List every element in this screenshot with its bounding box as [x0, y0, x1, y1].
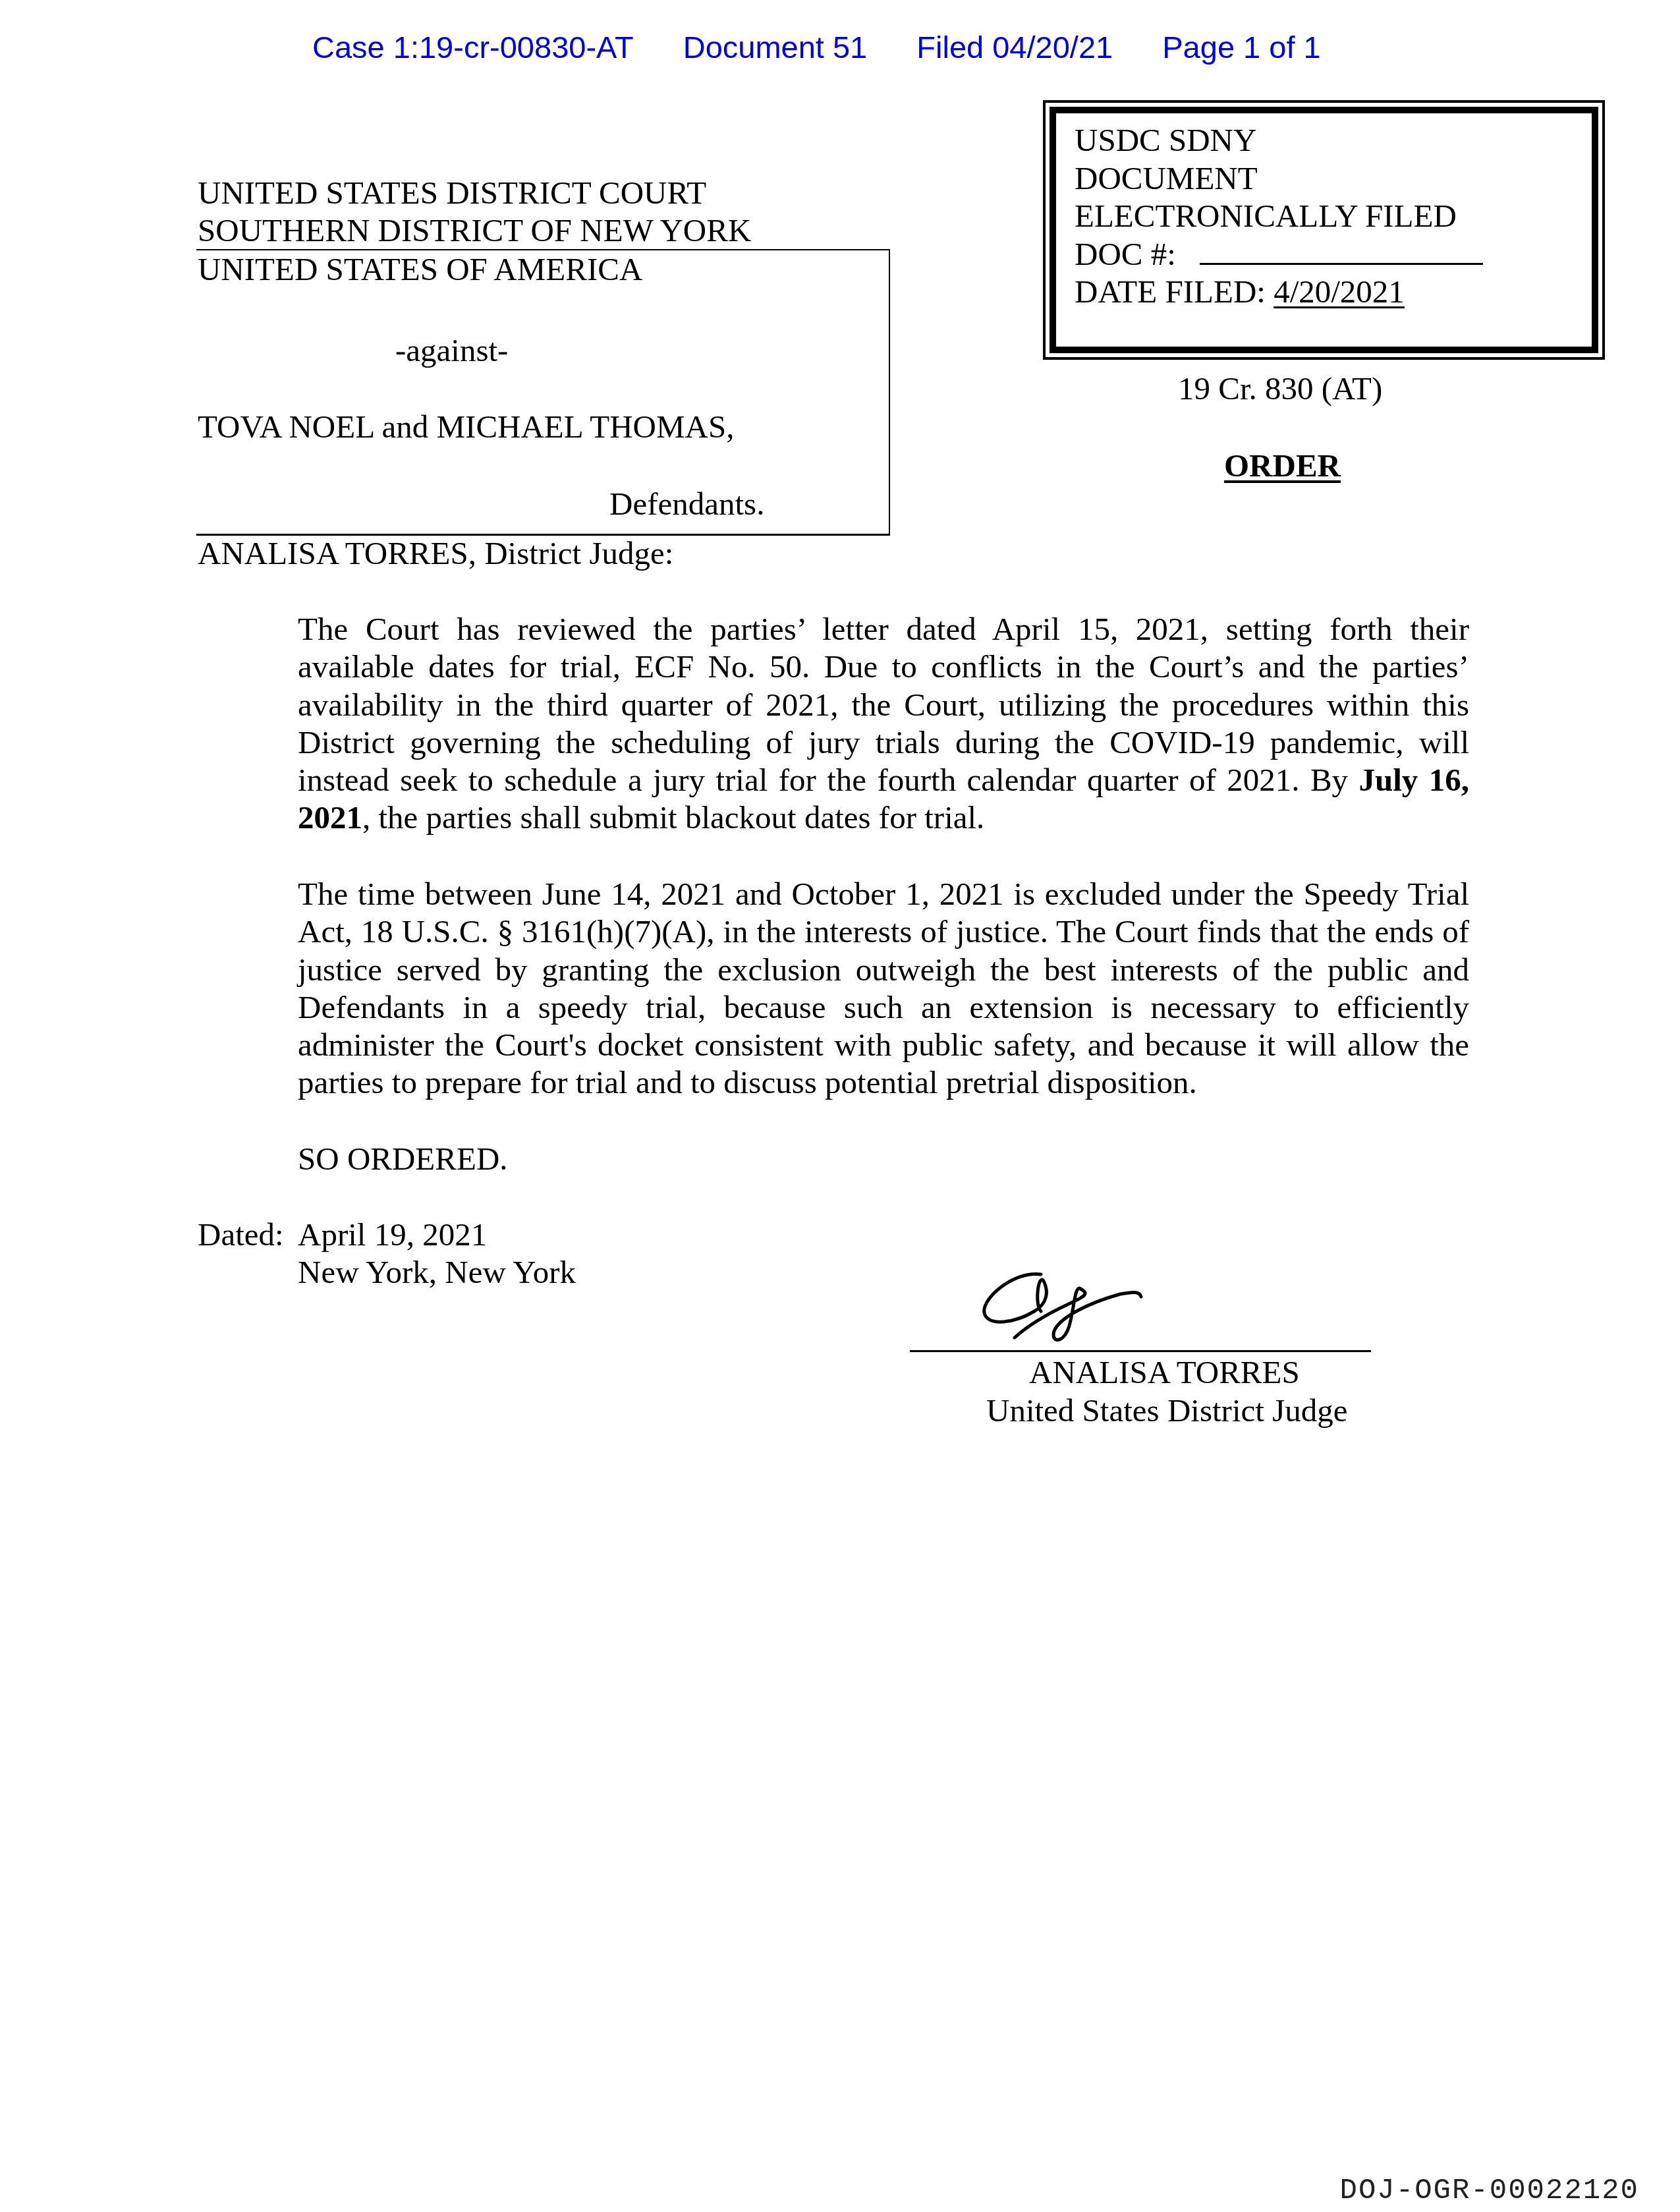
ecf-filed-date: Filed 04/20/21: [916, 29, 1113, 65]
signer-title: United States District Judge: [986, 1392, 1347, 1429]
dated-date: April 19, 2021: [298, 1216, 487, 1253]
caption-against: -against-: [395, 331, 508, 369]
dated-label: Dated:: [198, 1216, 284, 1253]
paragraph-1-text-end: , the parties shall submit blackout date…: [362, 799, 984, 836]
stamp-doc-number: DOC #:: [1075, 235, 1483, 273]
stamp-date-label: DATE FILED:: [1075, 273, 1266, 310]
court-name-line2: SOUTHERN DISTRICT OF NEW YORK: [198, 212, 751, 249]
paragraph-2-text: The time between June 14, 2021 and Octob…: [198, 875, 1469, 1102]
so-ordered: SO ORDERED.: [298, 1140, 508, 1177]
filing-stamp: USDC SDNY DOCUMENT ELECTRONICALLY FILED …: [1043, 100, 1605, 360]
caption-box: [196, 249, 890, 536]
ecf-case-number: Case 1:19-cr-00830-AT: [312, 29, 634, 65]
stamp-date-value: 4/20/2021: [1274, 273, 1405, 310]
signature-line: [910, 1350, 1371, 1352]
stamp-doc-blank: [1200, 238, 1483, 265]
signer-name: ANALISA TORRES: [1029, 1353, 1300, 1391]
judge-intro: ANALISA TORRES, District Judge:: [198, 534, 673, 572]
bates-number: DOJ-OGR-00022120: [1340, 2174, 1639, 2207]
order-paragraph-1: The Court has reviewed the parties’ lett…: [198, 610, 1469, 837]
caption-defendants: TOVA NOEL and MICHAEL THOMAS,: [198, 408, 734, 445]
caption-plaintiff: UNITED STATES OF AMERICA: [198, 250, 642, 288]
order-paragraph-2: The time between June 14, 2021 and Octob…: [198, 875, 1469, 1102]
ecf-page-count: Page 1 of 1: [1162, 29, 1320, 65]
caption-defendants-label: Defendants.: [609, 485, 764, 523]
stamp-electronically-filed: ELECTRONICALLY FILED: [1075, 197, 1483, 235]
stamp-document: DOCUMENT: [1075, 159, 1483, 198]
ecf-header: Case 1:19-cr-00830-AT Document 51 Filed …: [312, 29, 1321, 65]
stamp-date-filed: DATE FILED: 4/20/2021: [1075, 273, 1483, 311]
document-title: ORDER: [1224, 447, 1341, 484]
court-name-line1: UNITED STATES DISTRICT COURT: [198, 174, 706, 212]
stamp-doc-label: DOC #:: [1075, 236, 1176, 272]
dated-place: New York, New York: [298, 1253, 576, 1291]
ecf-document-number: Document 51: [683, 29, 868, 65]
paragraph-1-text: The Court has reviewed the parties’ lett…: [298, 611, 1469, 798]
stamp-court: USDC SDNY: [1075, 121, 1483, 159]
case-number: 19 Cr. 830 (AT): [1178, 370, 1382, 407]
signature-icon: [975, 1265, 1239, 1351]
